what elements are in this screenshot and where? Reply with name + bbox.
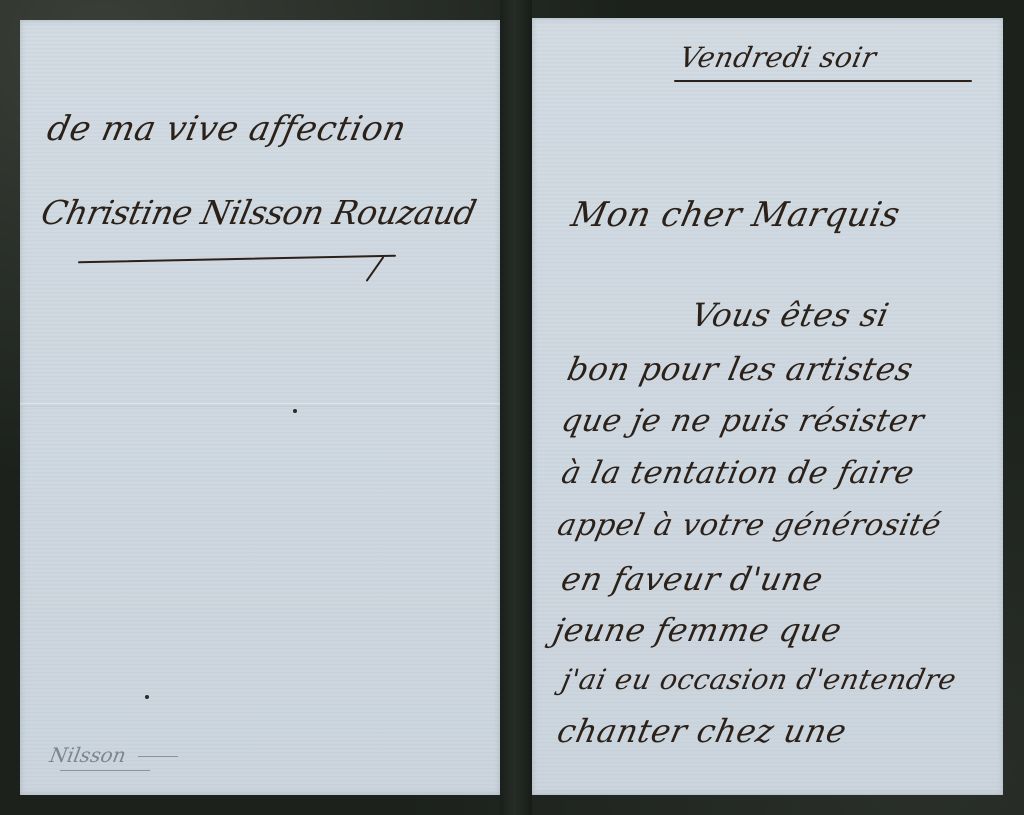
pencil-annotation-underline	[60, 770, 150, 771]
signature-underline	[78, 255, 396, 264]
dateline-underline	[674, 80, 972, 82]
body-line-1: Vous êtes si	[689, 299, 892, 331]
body-line-8: j'ai eu occasion d'entendre	[559, 666, 959, 694]
binding-spine	[500, 0, 532, 815]
body-line-6: en faveur d'une	[559, 563, 826, 595]
body-line-3: que je ne puis résister	[559, 406, 927, 437]
body-line-9: chanter chez une	[555, 715, 850, 747]
body-line-2: bon pour les artistes	[565, 353, 917, 385]
dateline: Vendredi soir	[677, 44, 879, 72]
salutation: Mon cher Marquis	[568, 198, 903, 232]
body-line-5: appel à votre générosité	[555, 511, 944, 541]
letter-page-right: Vendredi soir Mon cher Marquis Vous êtes…	[532, 18, 1003, 795]
body-line-7: jeune femme que	[551, 614, 845, 646]
paper-fold-line	[20, 403, 500, 407]
pencil-annotation: Nilsson	[48, 743, 128, 767]
ink-speck	[293, 409, 297, 413]
signature: Christine Nilsson Rouzaud	[38, 196, 478, 229]
pencil-annotation-dash	[138, 756, 178, 757]
ink-speck	[145, 695, 149, 699]
body-line-4: à la tentation de faire	[559, 458, 917, 489]
letter-page-left: de ma vive affection Christine Nilsson R…	[20, 20, 500, 795]
signature-flourish	[366, 256, 385, 282]
closing-line: de ma vive affection	[44, 112, 409, 146]
